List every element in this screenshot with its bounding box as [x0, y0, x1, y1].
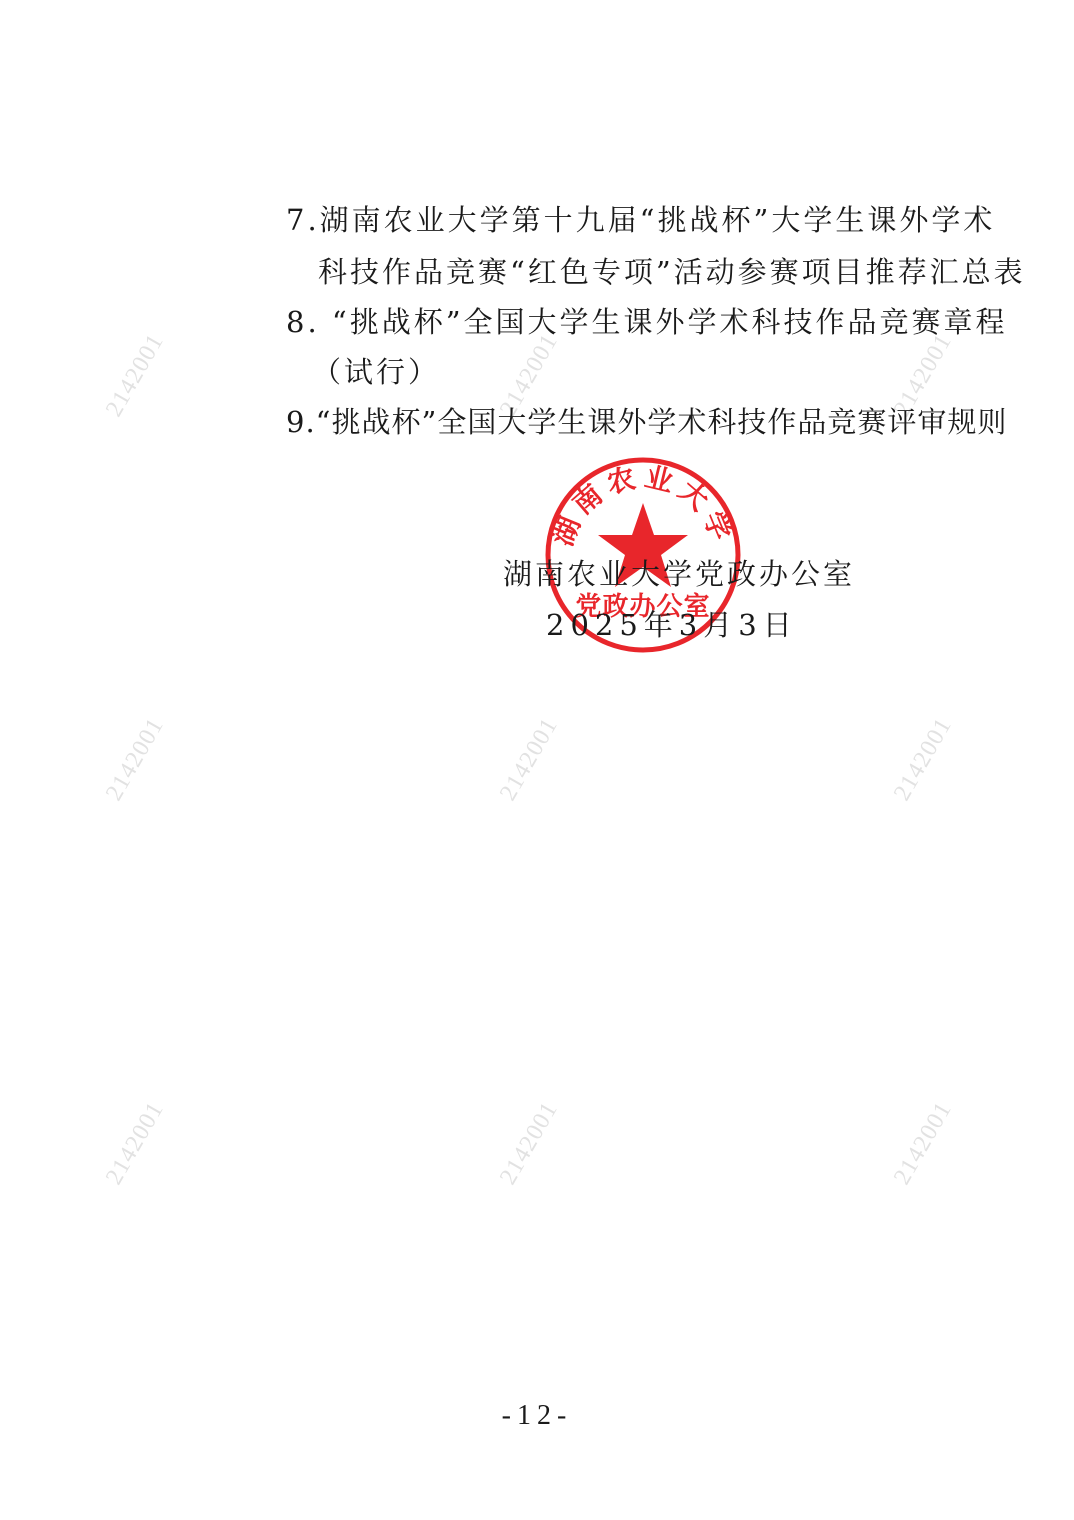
document-page: 2142001 2142001 2142001 2142001 2142001 …	[0, 0, 1074, 1520]
watermark: 2142001	[101, 329, 170, 421]
issuer-name: 湖南农业大学党政办公室	[503, 556, 855, 592]
watermark: 2142001	[495, 713, 564, 805]
watermark: 2142001	[495, 1097, 564, 1189]
attachment-item-8-line2: （试行）	[312, 354, 440, 390]
attachment-item-7-line2: 科技作品竞赛“红色专项”活动参赛项目推荐汇总表	[318, 254, 1026, 290]
watermark: 2142001	[101, 713, 170, 805]
watermark: 2142001	[101, 1097, 170, 1189]
watermark: 2142001	[889, 1097, 958, 1189]
attachment-item-9: 9.“挑战杯”全国大学生课外学术科技作品竞赛评审规则	[286, 404, 1007, 440]
watermark: 2142001	[889, 713, 958, 805]
page-number: -12-	[0, 1400, 1074, 1432]
issue-date: 2025年3月3日	[546, 607, 798, 643]
attachment-item-7-line1: 7.湖南农业大学第十九届“挑战杯”大学生课外学术	[286, 202, 995, 238]
attachment-item-8-line1: 8. “挑战杯”全国大学生课外学术科技作品竞赛章程	[286, 304, 1008, 340]
